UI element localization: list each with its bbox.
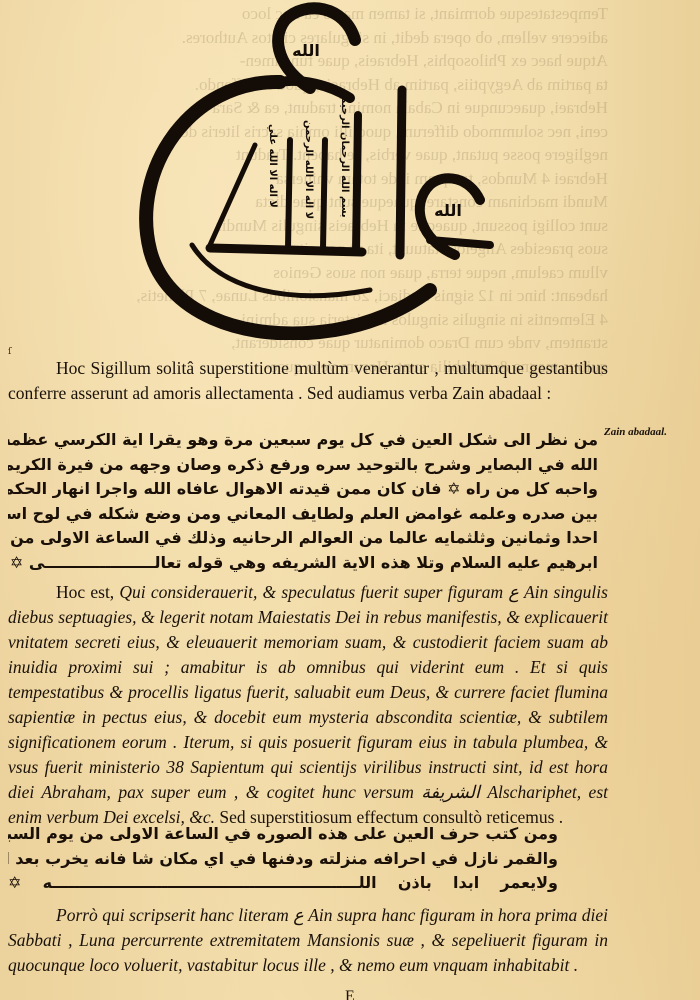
signature-mark: E: [345, 988, 355, 1000]
arabic-line: والقمر نازل في احرافه منزلته ودفنها في ا…: [8, 847, 558, 872]
arabic-line: بين صدره وعلمه غوامض العلم ولطايف المعان…: [8, 502, 598, 527]
book-page: Tempestatesque dormiant, si tamen magis …: [0, 0, 700, 1000]
arabic-passage-1: من نظر الى شكل العين في كل يوم سبعين مرة…: [8, 428, 598, 575]
arabic-line: ولايعمر ابدا باذن اللـــــــــــــــــــ…: [8, 871, 558, 896]
arabic-line: الله في البصاير وشرح بالتوحيد سره ورفع ذ…: [8, 453, 598, 478]
arabic-line: ابرهيم عليه السلام وتلا هذه الاية الشريف…: [8, 551, 598, 576]
arabic-line: ومن كتب حرف العين على هذه الصوره في السا…: [8, 822, 558, 847]
paragraph-intro: Hoc Sigillum solitâ superstitione multùm…: [8, 356, 608, 406]
translation-lead: Hoc est,: [56, 582, 119, 602]
paragraph-final-text: Porrò qui scripserit hanc literam ع Ain …: [8, 903, 608, 978]
paragraph-final: Porrò qui scripserit hanc literam ع Ain …: [8, 903, 608, 978]
arabic-line: احدا وثمانين وثلثمايه عالما من العوالم ا…: [8, 526, 598, 551]
seal-right-label: الله: [434, 201, 462, 220]
seal-column-1: بسم الله الرحمان الرحيم: [339, 96, 350, 218]
arabic-line: من نظر الى شكل العين في كل يوم سبعين مرة…: [8, 428, 598, 453]
seal-column-3: لا اله الا الله علي: [267, 124, 278, 208]
seal-top-label: الله: [292, 41, 320, 60]
translation-text: Qui considerauerit, & speculatus fuerit …: [8, 582, 608, 827]
seal-of-ali-illustration: الله الله بسم الله الرحمان الرحيم لا اله…: [130, 0, 500, 340]
arabic-passage-2: ومن كتب حرف العين على هذه الصوره في السا…: [8, 822, 558, 896]
paragraph-translation: Hoc est, Qui considerauerit, & speculatu…: [8, 580, 608, 830]
seal-column-2: لا اله الا الله الرحمن: [303, 120, 314, 219]
margin-note-zain-abadaal: Zain abadaal.: [604, 426, 667, 438]
paragraph-intro-text: Hoc Sigillum solitâ superstitione multùm…: [8, 356, 608, 406]
arabic-line: واحبه كل من راه ✡ فان كان ممن قيدته الاه…: [8, 477, 598, 502]
